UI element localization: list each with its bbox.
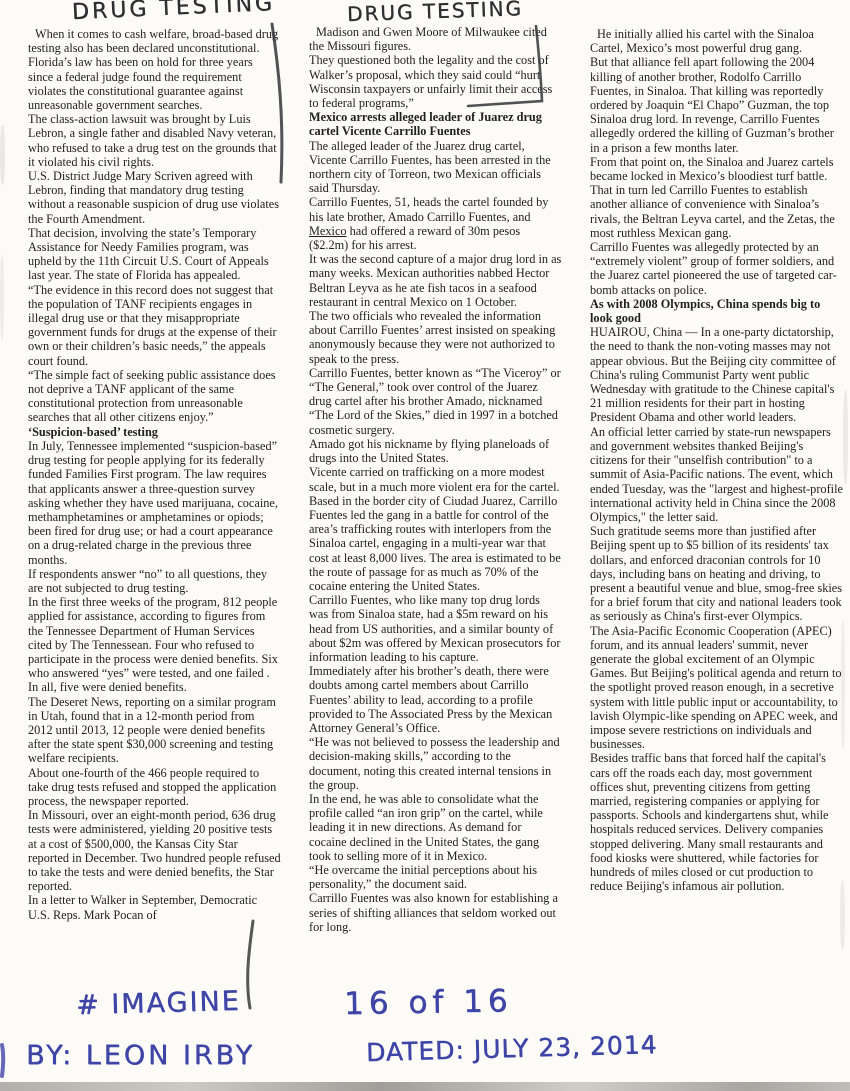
hashtag-annotation: # IMAGINE — [76, 986, 241, 1021]
article-paragraph: Amado got his nickname by flying planelo… — [309, 437, 562, 465]
article-paragraph: If respondents answer “no” to all questi… — [28, 567, 281, 595]
article-paragraph: Such gratitude seems more than justified… — [590, 524, 843, 623]
article-heading: As with 2008 Olympics, China spends big … — [590, 297, 843, 325]
article-paragraph: In the first three weeks of the program,… — [28, 595, 281, 694]
article-paragraph: In the end, he was able to consolidate w… — [309, 792, 562, 863]
scanned-newspaper-page: When it comes to cash welfare, broad-bas… — [0, 0, 850, 1091]
article-paragraph: Florida’s law has been on hold for three… — [28, 55, 281, 112]
article-paragraph: Immediately after his brother’s death, t… — [309, 664, 562, 735]
article-paragraph: “He was not believed to possess the lead… — [309, 735, 562, 792]
byline-annotation: BY: LEON IRBY — [26, 1040, 255, 1071]
article-heading: ‘Suspicion-based’ testing — [28, 425, 281, 439]
article-paragraph: That in turn led Carrillo Fuentes to est… — [590, 183, 843, 240]
scan-smudge — [0, 255, 4, 340]
news-column-2: Madison and Gwen Moore of Milwaukee cite… — [309, 25, 562, 934]
article-paragraph: Carrillo Fuentes, better known as “The V… — [309, 366, 562, 437]
article-paragraph: Carrillo Fuentes was allegedly protected… — [590, 240, 843, 297]
article-paragraph: That decision, involving the state’s Tem… — [28, 226, 281, 283]
article-paragraph: In Missouri, over an eight-month period,… — [28, 808, 281, 893]
article-paragraph: In July, Tennessee implemented “suspicio… — [28, 439, 281, 567]
article-paragraph: “The simple fact of seeking public assis… — [28, 368, 281, 425]
article-paragraph: HUAIROU, China — In a one-party dictator… — [590, 325, 843, 424]
pen-stroke-col1-bottom — [248, 921, 253, 1008]
article-paragraph: When it comes to cash welfare, broad-bas… — [28, 27, 281, 55]
article-paragraph: Carrillo Fuentes, 51, heads the cartel f… — [309, 195, 562, 252]
underlined-word: Mexico — [309, 224, 347, 238]
article-paragraph: About one-fourth of the 466 people requi… — [28, 766, 281, 809]
article-paragraph: It was the second capture of a major dru… — [309, 252, 562, 309]
article-paragraph: From that point on, the Sinaloa and Juar… — [590, 155, 843, 183]
scan-smudge — [841, 620, 845, 750]
article-paragraph: Carrillo Fuentes was also known for esta… — [309, 891, 562, 934]
scan-edge-bottom — [0, 1082, 850, 1091]
scan-smudge — [840, 880, 845, 950]
handwritten-title-col2: DRUG TESTING — [347, 0, 524, 26]
news-column-1: When it comes to cash welfare, broad-bas… — [28, 27, 281, 922]
article-paragraph: The Deseret News, reporting on a similar… — [28, 695, 281, 766]
article-paragraph: They questioned both the legality and th… — [309, 53, 562, 110]
scan-smudge — [843, 390, 848, 485]
article-paragraph: The alleged leader of the Juarez drug ca… — [309, 139, 562, 196]
handwritten-title-col1: DRUG TESTING — [71, 0, 275, 25]
date-annotation: DATED: JULY 23, 2014 — [366, 1030, 658, 1067]
article-paragraph: Vicente carried on trafficking on a more… — [309, 465, 562, 593]
article-paragraph: He initially allied his cartel with the … — [590, 27, 843, 55]
article-paragraph: Besides traffic bans that forced half th… — [590, 751, 843, 893]
news-column-3: He initially allied his cartel with the … — [590, 27, 843, 893]
article-paragraph: “The evidence in this record does not su… — [28, 283, 281, 368]
article-paragraph: Carrillo Fuentes, who like many top drug… — [309, 593, 562, 664]
article-paragraph: In a letter to Walker in September, Demo… — [28, 893, 281, 921]
article-paragraph: The Asia-Pacific Economic Cooperation (A… — [590, 624, 843, 752]
article-paragraph: An official letter carried by state-run … — [590, 425, 843, 524]
article-paragraph: “He overcame the initial perceptions abo… — [309, 863, 562, 891]
article-paragraph: The two officials who revealed the infor… — [309, 309, 562, 366]
page-number-annotation: 16 of 16 — [344, 983, 513, 1022]
article-paragraph: The class-action lawsuit was brought by … — [28, 112, 281, 169]
article-paragraph: Madison and Gwen Moore of Milwaukee cite… — [309, 25, 562, 53]
scan-smudge — [0, 125, 5, 185]
article-paragraph: U.S. District Judge Mary Scriven agreed … — [28, 169, 281, 226]
article-heading: Mexico arrests alleged leader of Juarez … — [309, 110, 562, 138]
article-paragraph: But that alliance fell apart following t… — [590, 55, 843, 154]
pen-tick-left-edge — [2, 1045, 3, 1076]
